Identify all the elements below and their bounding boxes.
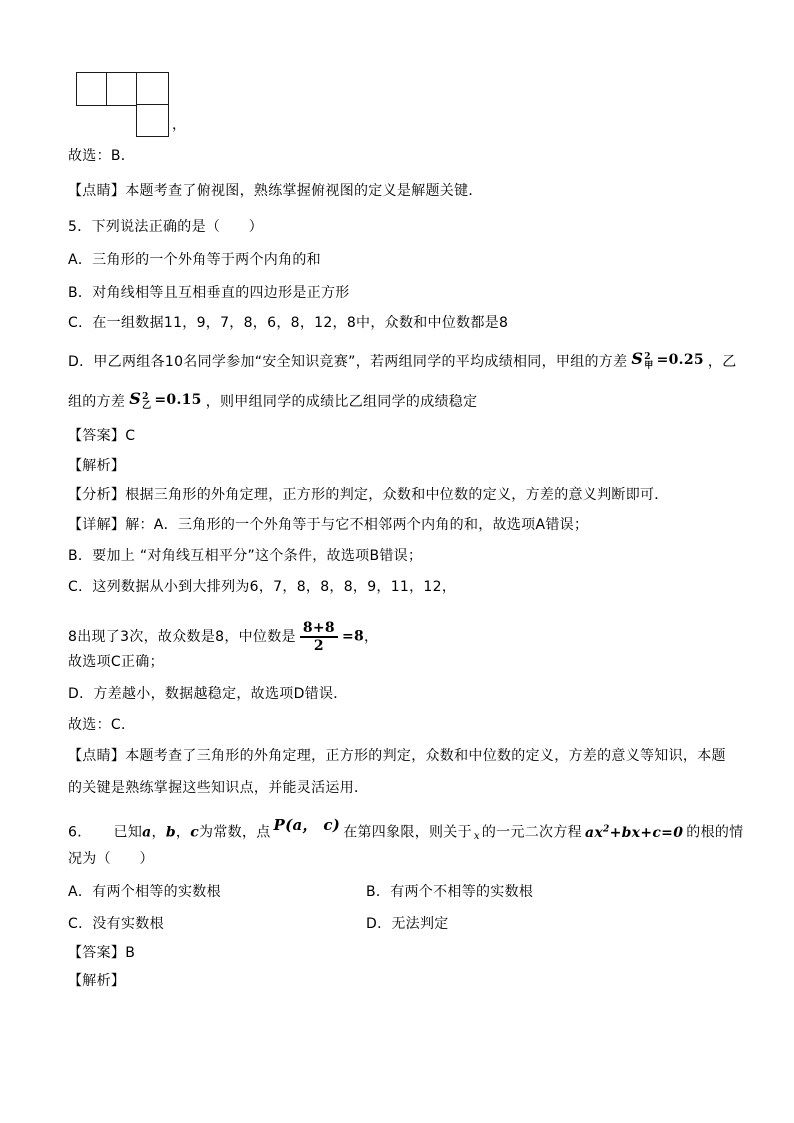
question-number: 6．	[68, 825, 92, 841]
fraction-denominator: 2	[300, 638, 338, 654]
document-page: ， 故选：B． 【点睛】本题考查了俯视图，熟练掌握俯视图的定义是解题关键． 5．…	[0, 0, 794, 1123]
q5-conclusion: 故选：C．	[68, 716, 135, 735]
text-segment: 的一元二次方程	[482, 825, 582, 841]
q5-option-b: B．对角线相等且互相垂直的四边形是正方形	[68, 284, 350, 303]
figure-square-1	[76, 72, 108, 106]
q5-option-a: A．三角形的一个外角等于两个内角的和	[68, 251, 321, 270]
q6-option-c: C．没有实数根	[68, 915, 164, 934]
fraction-result: =8	[342, 629, 364, 645]
q6-option-a: A．有两个相等的实数根	[68, 883, 221, 902]
variance-value: =0.15	[154, 392, 201, 408]
q4-note-line: 【点睛】本题考查了俯视图，熟练掌握俯视图的定义是解题关键．	[68, 182, 483, 201]
q5-answer-line: 【答案】C	[68, 427, 135, 446]
q5-note-line2: 的关键是熟练掌握这些知识点，并能灵活运用．	[68, 779, 368, 798]
q5-option-c: C．在一组数据11，9，7，8，6，8，12，8中，众数和中位数都是8	[68, 314, 508, 333]
fraction-numerator: 8+8	[300, 620, 338, 638]
text-segment: ，	[152, 825, 166, 841]
q6-stem-line1: 6．已知a，b，c为常数，点P(a， c)在第四象限，则关于x的一元二次方程ax…	[68, 820, 743, 846]
quadratic-equation: ax2+bx+c=0	[585, 825, 683, 841]
q5-analysis-tag: 【解析】	[68, 457, 125, 476]
q6-answer-line: 【答案】B	[68, 944, 135, 963]
text-segment: ，乙	[708, 354, 737, 370]
variance-subscript: 乙	[142, 402, 151, 411]
text-segment: 在第四象限，则关于	[343, 825, 472, 841]
text-segment: 8出现了3次，故众数是8，中位数是	[68, 629, 296, 645]
sup-sub-stack: 2甲	[644, 353, 653, 371]
q5-detail-c2: 8出现了3次，故众数是8，中位数是8+82=8，	[68, 620, 378, 654]
q4-answer-line: 故选：B．	[68, 147, 135, 166]
figure-square-4	[136, 104, 169, 137]
figure-comma: ，	[172, 114, 186, 134]
variance-value: =0.25	[657, 352, 704, 368]
q6-option-b: B．有两个不相等的实数根	[366, 883, 533, 902]
variance-formula-jia: S2甲=0.25	[631, 349, 704, 371]
var-a: a	[142, 825, 151, 841]
q6-analysis-tag: 【解析】	[68, 972, 125, 991]
q5-stem: 5．下列说法正确的是（ ）	[68, 218, 263, 237]
equation-pre: ax	[585, 825, 603, 841]
top-view-figure: ，	[76, 72, 176, 142]
q5-analysis-line: 【分析】根据三角形的外角定理，正方形的判定，众数和中位数的定义，方差的意义判断即…	[68, 486, 669, 505]
q5-detail-a: 【详解】解：A．三角形的一个外角等于与它不相邻两个内角的和，故选项A错误；	[68, 516, 588, 535]
sup-sub-stack: 2乙	[142, 393, 151, 411]
text-segment: ，则甲组同学的成绩比乙组同学的成绩稳定	[206, 394, 478, 410]
median-fraction: 8+82	[300, 620, 338, 654]
var-b: b	[166, 825, 176, 841]
var-c: c	[190, 825, 199, 841]
var-x: x	[474, 831, 480, 842]
q5-detail-d: D．方差越小，数据越稳定，故选项D错误．	[68, 685, 348, 704]
q6-option-d: D．无法判定	[366, 915, 449, 934]
text-segment: ，	[176, 825, 190, 841]
figure-square-3	[136, 72, 169, 106]
q5-option-d-line1: D．甲乙两组各10名同学参加“安全知识竞赛”，若两组同学的平均成绩相同，甲组的方…	[68, 351, 737, 373]
q5-detail-c3: 故选项C正确；	[68, 653, 164, 672]
q5-note-line1: 【点睛】本题考查了三角形的外角定理，正方形的判定，众数和中位数的定义，方差的意义…	[68, 747, 726, 766]
q5-option-d-line2: 组的方差S2乙=0.15，则甲组同学的成绩比乙组同学的成绩稳定	[68, 391, 477, 413]
point-formula: P(a， c)	[274, 816, 341, 834]
q5-detail-c1: C．这列数据从小到大排列为6，7，8，8，8，9，11，12，	[68, 578, 456, 597]
text-segment: 为常数，点	[199, 825, 271, 841]
q5-detail-b: B．要加上 “对角线互相平分”这个条件，故选项B错误；	[68, 547, 422, 566]
variance-base: S	[631, 349, 643, 368]
variance-base: S	[129, 389, 141, 408]
equation-post: +bx+c=0	[610, 825, 684, 841]
text-segment: 的根的情	[686, 825, 743, 841]
text-segment: 已知	[114, 825, 143, 841]
text-segment: ，	[364, 629, 378, 645]
variance-formula-yi: S2乙=0.15	[129, 389, 202, 411]
figure-square-2	[106, 72, 138, 106]
q6-stem-line2: 况为（ ）	[68, 850, 154, 869]
variance-subscript: 甲	[644, 362, 653, 371]
text-segment: 组的方差	[68, 394, 125, 410]
text-segment: D．甲乙两组各10名同学参加“安全知识竞赛”，若两组同学的平均成绩相同，甲组的方…	[68, 354, 627, 370]
